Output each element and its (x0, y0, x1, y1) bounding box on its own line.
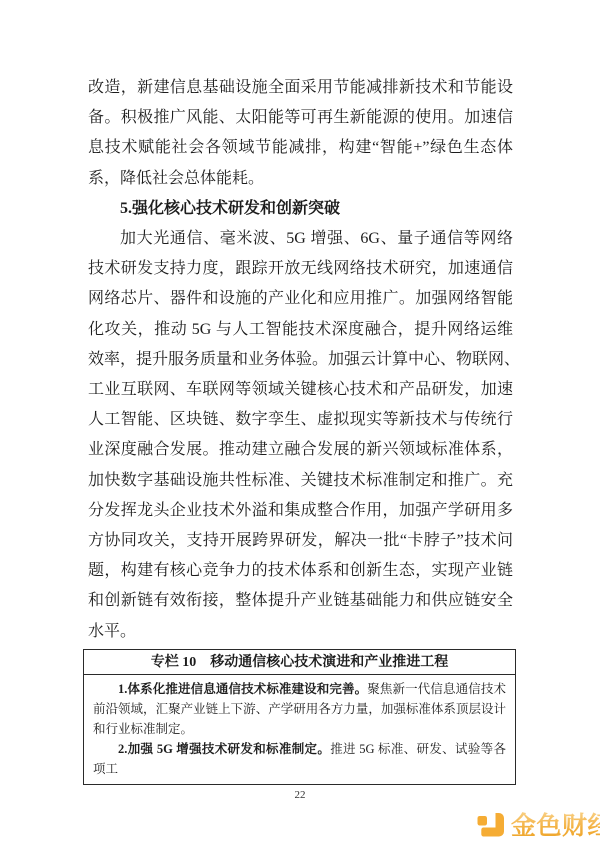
callout-item: 1.体系化推进信息通信技术标准建设和完善。聚焦新一代信息通信技术前沿领域，汇聚产… (93, 679, 506, 739)
page-body-text: 改造，新建信息基础设施全面采用节能减排新技术和节能设 备。积极推广风能、太阳能等… (88, 73, 513, 647)
body-text-line: 加快数字基础设施共性标准、关键技术标准制定和推广。充 (88, 466, 513, 496)
body-text-line: 网络芯片、器件和设施的产业化和应用推广。加强网络智能 (88, 284, 513, 314)
callout-item-lead: 2.加强 5G 增强技术研发和标准制定。 (118, 742, 330, 756)
body-text-line: 加大光通信、毫米波、5G 增强、6G、量子通信等网络 (88, 224, 513, 254)
body-text-line: 息技术赋能社会各领域节能减排，构建“智能+”绿色生态体 (88, 133, 513, 163)
body-text-line: 题，构建有核心竞争力的技术体系和创新生态，实现产业链 (88, 556, 513, 586)
body-text-line: 和创新链有效衔接，整体提升产业链基础能力和供应链安全 (88, 586, 513, 616)
body-text-line: 化攻关，推动 5G 与人工智能技术深度融合，提升网络运维 (88, 315, 513, 345)
callout-box-body: 1.体系化推进信息通信技术标准建设和完善。聚焦新一代信息通信技术前沿领域，汇聚产… (84, 675, 515, 784)
body-text-line: 备。积极推广风能、太阳能等可再生新能源的使用。加速信 (88, 103, 513, 133)
watermark-text: 金色财经 (511, 811, 600, 841)
section-heading: 5.强化核心技术研发和创新突破 (88, 194, 513, 224)
body-text-line: 业深度融合发展。推动建立融合发展的新兴领域标准体系， (88, 435, 513, 465)
callout-item-lead: 1.体系化推进信息通信技术标准建设和完善。 (118, 682, 367, 696)
document-page: { "document": { "paragraph_before": { "l… (0, 0, 600, 848)
body-text-line: 效率，提升服务质量和业务体验。加强云计算中心、物联网、 (88, 345, 513, 375)
jinse-logo-icon (476, 810, 506, 841)
callout-box: 专栏 10 移动通信核心技术演进和产业推进工程 1.体系化推进信息通信技术标准建… (83, 649, 516, 785)
body-text-line: 分发挥龙头企业技术外溢和集成整合作用，加强产学研用多 (88, 496, 513, 526)
body-text-line: 人工智能、区块链、数字孪生、虚拟现实等新技术与传统行 (88, 405, 513, 435)
watermark: 金色财经 (476, 810, 600, 841)
body-text-line: 水平。 (88, 617, 513, 647)
body-text-line: 方协同攻关，支持开展跨界研发，解决一批“卡脖子”技术问 (88, 526, 513, 556)
body-text-line: 工业互联网、车联网等领域关键核心技术和产品研发，加速 (88, 375, 513, 405)
body-text-line: 系，降低社会总体能耗。 (88, 164, 513, 194)
callout-box-title: 专栏 10 移动通信核心技术演进和产业推进工程 (84, 650, 515, 675)
page-number: 22 (0, 789, 600, 801)
callout-item: 2.加强 5G 增强技术研发和标准制定。推进 5G 标准、研发、试验等各项工 (93, 739, 506, 779)
body-text-line: 改造，新建信息基础设施全面采用节能减排新技术和节能设 (88, 73, 513, 103)
body-text-line: 技术研发支持力度，跟踪开放无线网络技术研究，加速通信 (88, 254, 513, 284)
